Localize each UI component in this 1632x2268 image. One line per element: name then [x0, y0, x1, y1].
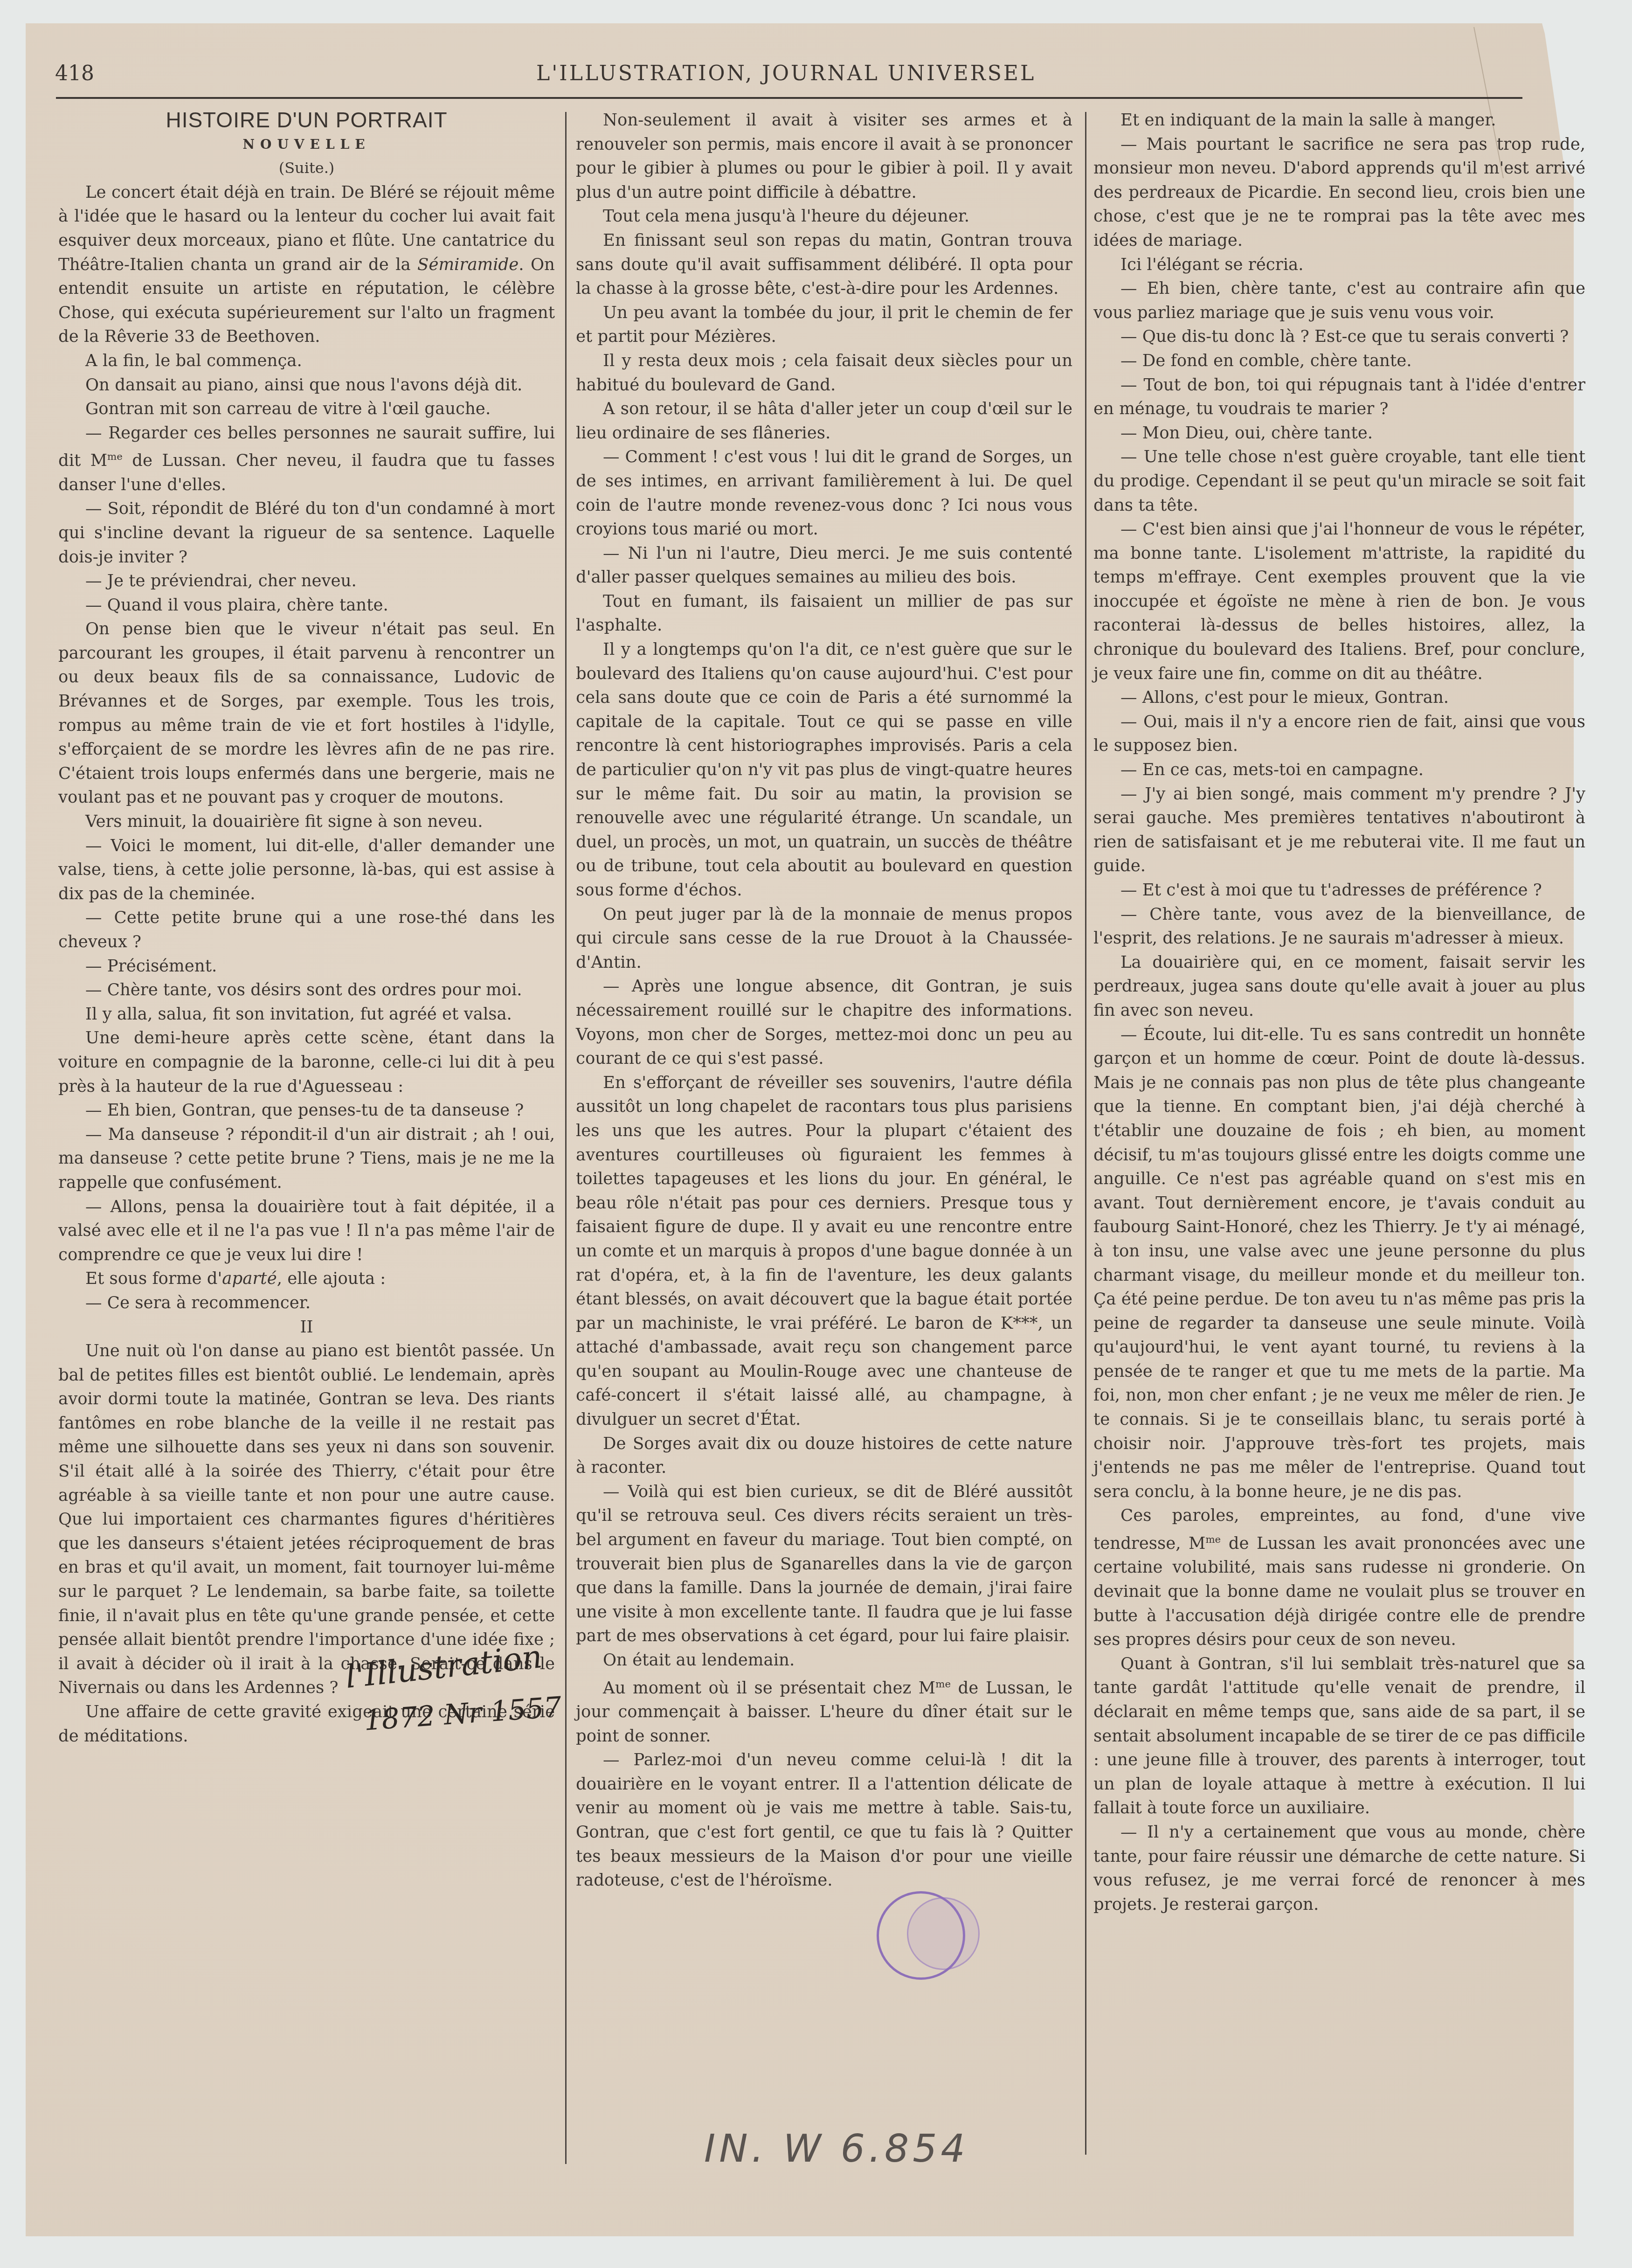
- paragraph: — De fond en comble, chère tante.: [1093, 349, 1585, 373]
- paragraph: — Une telle chose n'est guère croyable, …: [1093, 445, 1585, 517]
- paragraph: On était au lendemain.: [576, 1648, 1072, 1672]
- paragraph: Et sous forme d'aparté, elle ajouta :: [58, 1267, 555, 1291]
- paragraph: — C'est bien ainsi que j'ai l'honneur de…: [1093, 517, 1585, 686]
- paragraph: Le concert était déjà en train. De Bléré…: [58, 180, 555, 349]
- paragraph: En s'efforçant de réveiller ses souvenir…: [576, 1071, 1072, 1432]
- paragraph: — Il n'y a certainement que vous au mond…: [1093, 1820, 1585, 1916]
- library-stamp-icon: [877, 1891, 965, 1980]
- paragraph: Gontran mit son carreau de vitre à l'œil…: [58, 397, 555, 421]
- paragraph: — Voilà qui est bien curieux, se dit de …: [576, 1480, 1072, 1648]
- column-2-text: Non-seulement il avait à visiter ses arm…: [576, 108, 1072, 1893]
- paragraph: — Écoute, lui dit-elle. Tu es sans contr…: [1093, 1023, 1585, 1504]
- paragraph: — Après une longue absence, dit Gontran,…: [576, 974, 1072, 1070]
- paragraph: — Soit, répondit de Bléré du ton d'un co…: [58, 497, 555, 569]
- paragraph: Tout cela mena jusqu'à l'heure du déjeun…: [576, 204, 1072, 229]
- section-marker: II: [58, 1315, 555, 1339]
- paragraph: Ces paroles, empreintes, au fond, d'une …: [1093, 1504, 1585, 1651]
- column-2: Non-seulement il avait à visiter ses arm…: [576, 108, 1072, 1893]
- paragraph: — Oui, mais il n'y a encore rien de fait…: [1093, 710, 1585, 758]
- paragraph: Non-seulement il avait à visiter ses arm…: [576, 108, 1072, 204]
- paragraph: En finissant seul son repas du matin, Go…: [576, 229, 1072, 301]
- paragraph: Il y alla, salua, fit son invitation, fu…: [58, 1002, 555, 1026]
- paragraph: Et en indiquant de la main la salle à ma…: [1093, 108, 1585, 132]
- column-3: Et en indiquant de la main la salle à ma…: [1093, 108, 1585, 1916]
- paragraph: A son retour, il se hâta d'aller jeter u…: [576, 397, 1072, 445]
- paragraph: — Regarder ces belles personnes ne saura…: [58, 421, 555, 497]
- paragraph: — Je te préviendrai, cher neveu.: [58, 569, 555, 593]
- shelfmark-note: IN. W 6.854: [704, 2127, 969, 2171]
- paragraph: Il y a longtemps qu'on l'a dit, ce n'est…: [576, 638, 1072, 902]
- column-1-text-a: Le concert était déjà en train. De Bléré…: [58, 180, 555, 1315]
- paragraph: Vers minuit, la douairière fit signe à s…: [58, 810, 555, 834]
- paragraph: — Eh bien, Gontran, que penses-tu de ta …: [58, 1098, 555, 1123]
- paragraph: — Précisément.: [58, 954, 555, 978]
- paragraph: — Parlez-moi d'un neveu comme celui-là !…: [576, 1748, 1072, 1893]
- header-rule: [56, 97, 1522, 99]
- paragraph: La douairière qui, en ce moment, faisait…: [1093, 950, 1585, 1023]
- paragraph: — Que dis-tu donc là ? Est-ce que tu ser…: [1093, 325, 1585, 349]
- paragraph: — Allons, c'est pour le mieux, Gontran.: [1093, 686, 1585, 710]
- paragraph: — J'y ai bien songé, mais comment m'y pr…: [1093, 782, 1585, 878]
- article-title: HISTOIRE D'UN PORTRAIT: [58, 108, 555, 132]
- column-1: HISTOIRE D'UN PORTRAIT NOUVELLE (Suite.)…: [58, 108, 555, 1748]
- paragraph: — Chère tante, vous avez de la bienveill…: [1093, 902, 1585, 950]
- masthead: L'ILLUSTRATION, JOURNAL UNIVERSEL: [536, 62, 1036, 85]
- paragraph: — Et c'est à moi que tu t'adresses de pr…: [1093, 878, 1585, 902]
- continued-label: (Suite.): [58, 156, 555, 180]
- paragraph: Ici l'élégant se récria.: [1093, 253, 1585, 277]
- paragraph: Un peu avant la tombée du jour, il prit …: [576, 301, 1072, 349]
- paragraph: — Ce sera à recommencer.: [58, 1291, 555, 1315]
- paragraph: On peut juger par là de la monnaie de me…: [576, 902, 1072, 975]
- paragraph: — Voici le moment, lui dit-elle, d'aller…: [58, 834, 555, 906]
- paragraph: De Sorges avait dix ou douze histoires d…: [576, 1432, 1072, 1480]
- paragraph: — En ce cas, mets-toi en campagne.: [1093, 758, 1585, 782]
- paragraph: — Mais pourtant le sacrifice ne sera pas…: [1093, 132, 1585, 253]
- paragraph: Au moment où il se présentait chez Mme d…: [576, 1672, 1072, 1748]
- paragraph: — Ma danseuse ? répondit-il d'un air dis…: [58, 1123, 555, 1195]
- paragraph: — Allons, pensa la douairière tout à fai…: [58, 1195, 555, 1267]
- column-divider: [565, 112, 567, 2164]
- paragraph: — Ni l'un ni l'autre, Dieu merci. Je me …: [576, 541, 1072, 590]
- paragraph: On pense bien que le viveur n'était pas …: [58, 617, 555, 810]
- paragraph: Quant à Gontran, s'il lui semblait très-…: [1093, 1652, 1585, 1820]
- column-3-text: Et en indiquant de la main la salle à ma…: [1093, 108, 1585, 1916]
- paragraph: — Eh bien, chère tante, c'est au contrai…: [1093, 277, 1585, 325]
- paragraph: — Tout de bon, toi qui répugnais tant à …: [1093, 373, 1585, 421]
- article-subtitle: NOUVELLE: [58, 132, 555, 157]
- paragraph: — Mon Dieu, oui, chère tante.: [1093, 421, 1585, 445]
- paragraph: A la fin, le bal commença.: [58, 349, 555, 373]
- paragraph: Une demi-heure après cette scène, étant …: [58, 1026, 555, 1098]
- column-1-text-b: Une nuit où l'on danse au piano est bien…: [58, 1339, 555, 1748]
- column-divider: [1085, 112, 1086, 2155]
- paragraph: Tout en fumant, ils faisaient un millier…: [576, 590, 1072, 638]
- paragraph: — Quand il vous plaira, chère tante.: [58, 593, 555, 617]
- page-number: 418: [55, 62, 94, 85]
- paragraph: — Chère tante, vos désirs sont des ordre…: [58, 978, 555, 1002]
- paragraph: — Comment ! c'est vous ! lui dit le gran…: [576, 445, 1072, 541]
- paragraph: On dansait au piano, ainsi que nous l'av…: [58, 373, 555, 397]
- paragraph: Il y resta deux mois ; cela faisait deux…: [576, 349, 1072, 397]
- paragraph: — Cette petite brune qui a une rose-thé …: [58, 906, 555, 954]
